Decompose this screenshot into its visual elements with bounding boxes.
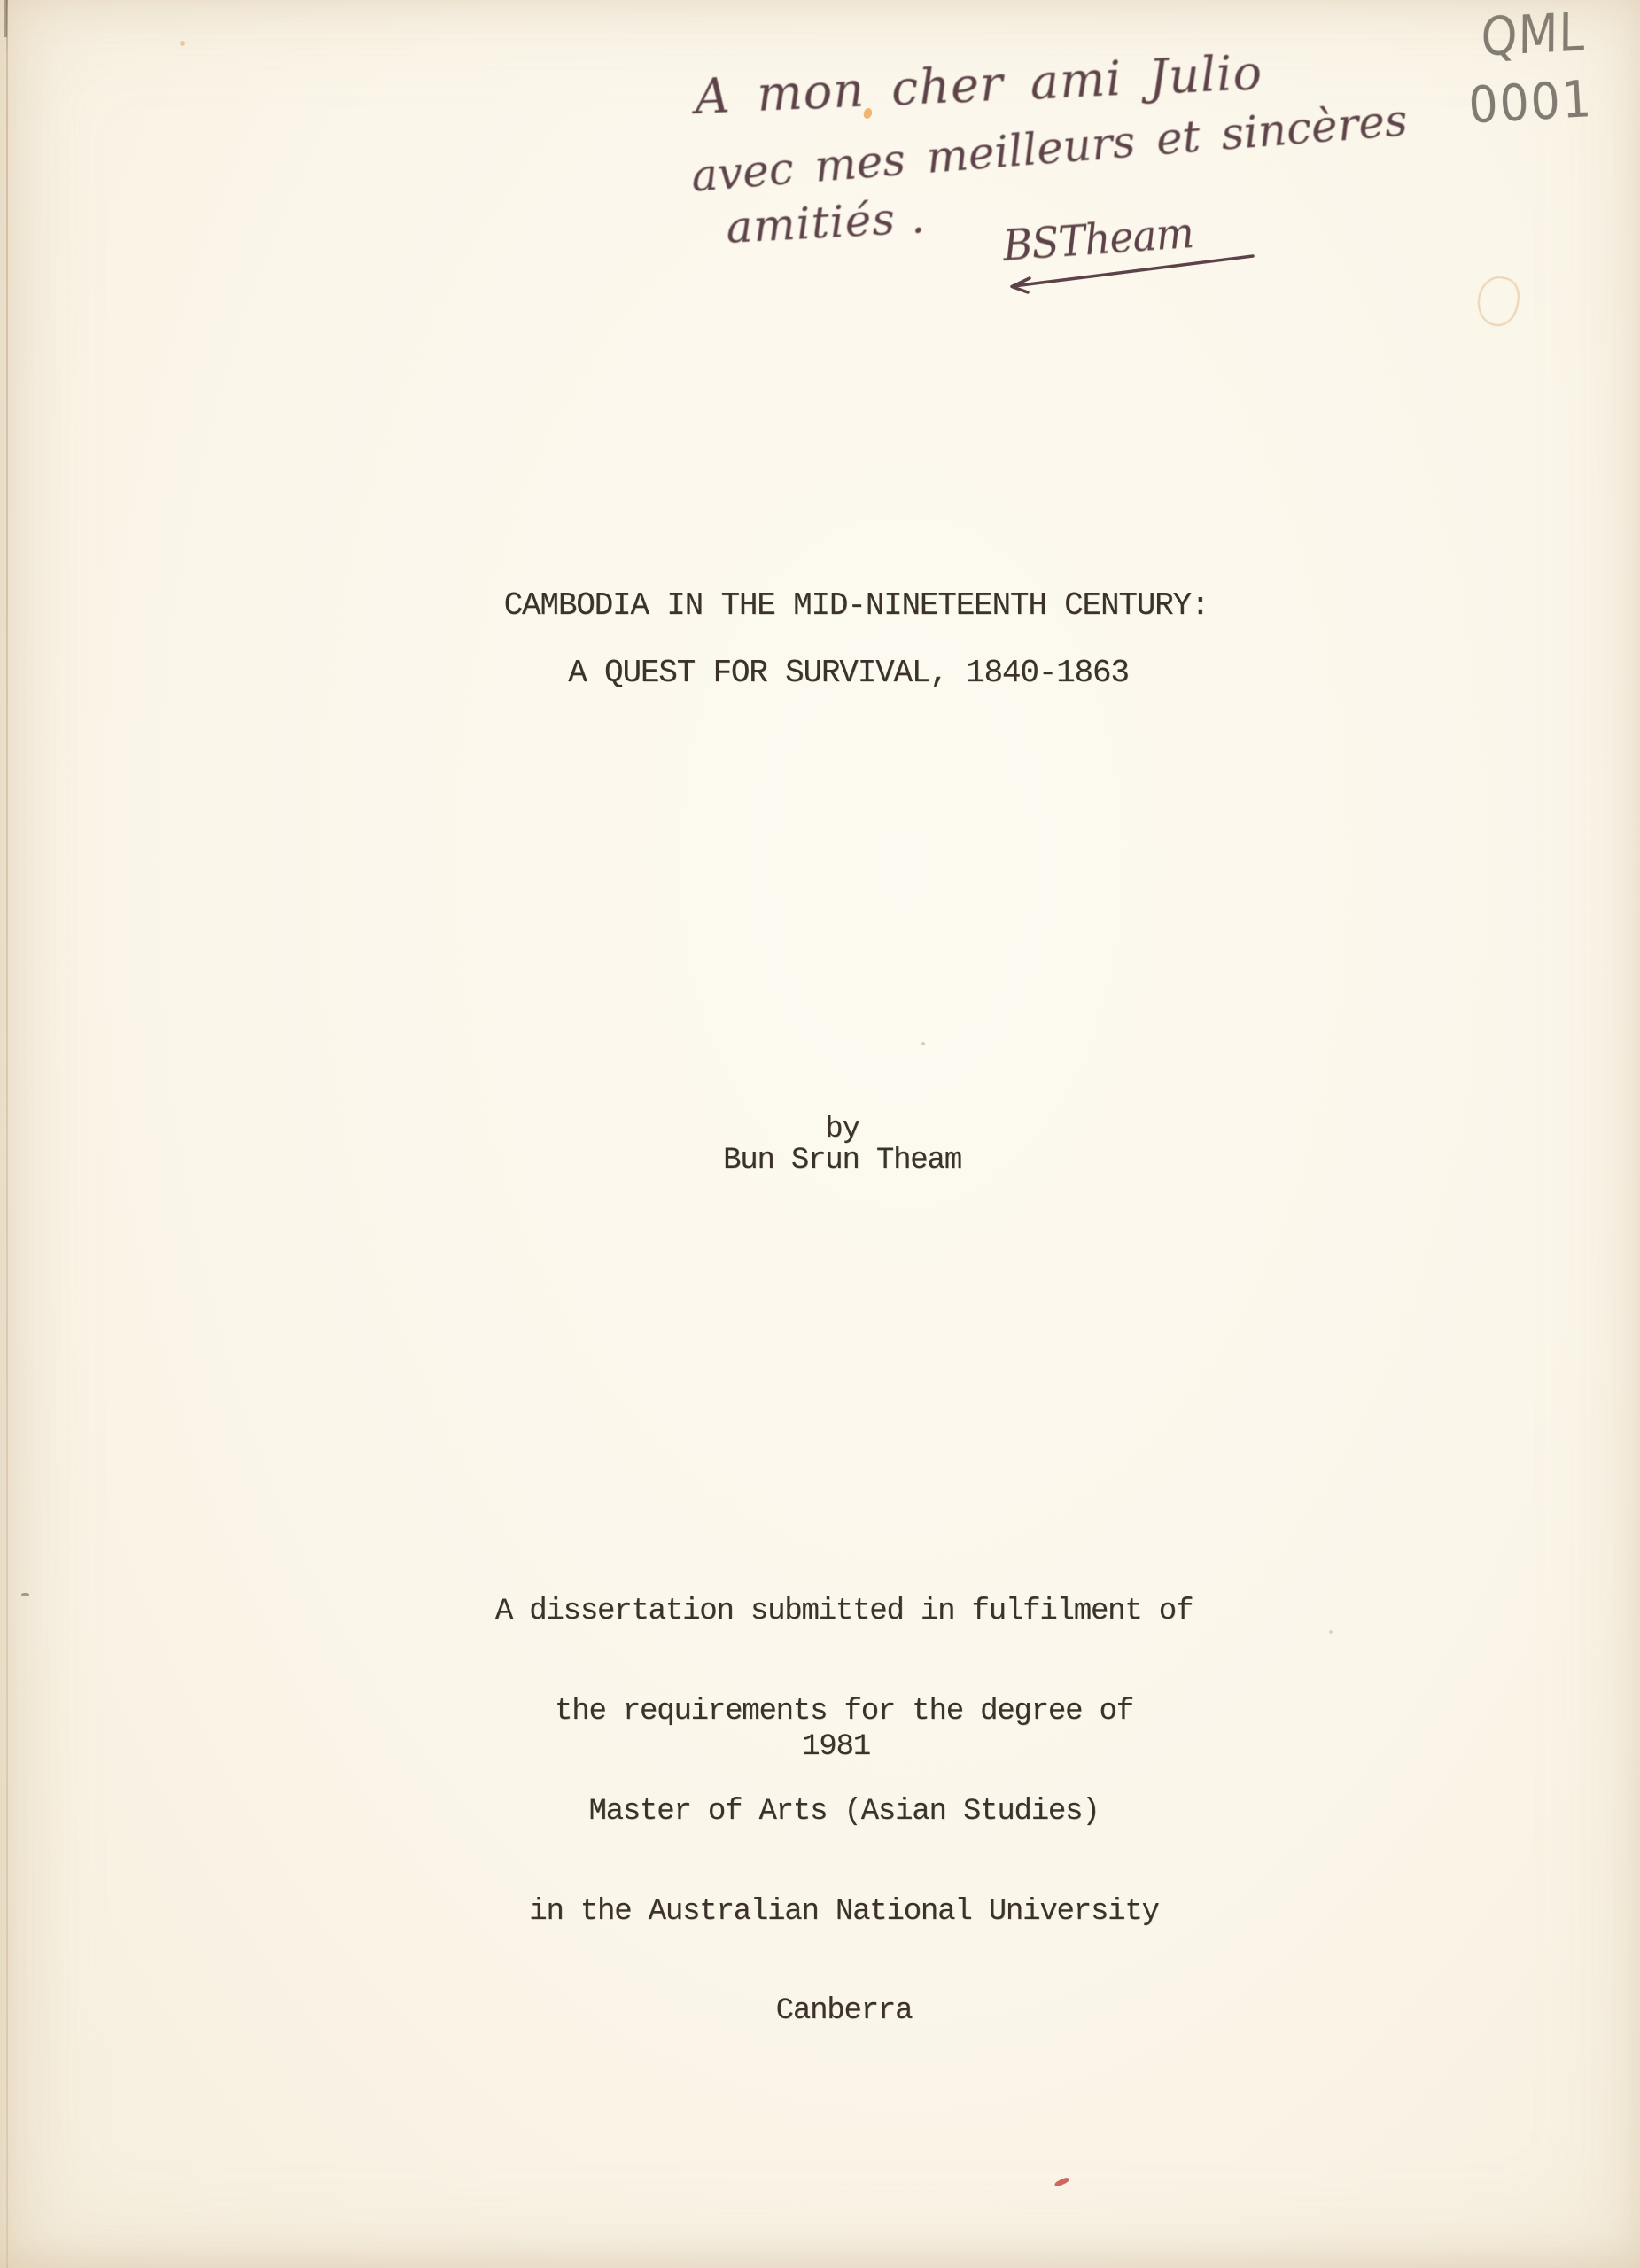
submission-statement: A dissertation submitted in fulfilment o… — [24, 1529, 1640, 2095]
statement-line: in the Australian National University — [24, 1896, 1640, 1930]
scan-left-edge — [6, 0, 8, 2268]
statement-line: Canberra — [24, 1995, 1640, 2029]
statement-line: Master of Arts (Asian Studies) — [24, 1796, 1640, 1829]
library-mark-line-1: QML — [1481, 0, 1585, 71]
title-line-2: A QUEST FOR SURVIVAL, 1840-1863 — [28, 655, 1640, 691]
paper-fleck — [180, 41, 185, 46]
scanned-title-page: A mon cher ami Julio avec mes meilleurs … — [0, 0, 1640, 2268]
library-mark-line-2: 0001 — [1467, 68, 1595, 137]
paper-fleck — [1054, 2177, 1070, 2188]
paper-fleck — [921, 1042, 925, 1045]
statement-line: the requirements for the degree of — [24, 1696, 1640, 1729]
title-line-1: CAMBODIA IN THE MID-NINETEENTH CENTURY: — [36, 587, 1640, 624]
author-name: Bun Srun Theam — [22, 1144, 1640, 1177]
faint-circle-mark — [1473, 273, 1524, 330]
dedication-line-3: amitiés . — [725, 191, 927, 253]
year: 1981 — [16, 1730, 1640, 1764]
library-mark: QML 0001 — [1464, 4, 1595, 145]
signature-underline-flourish — [991, 246, 1265, 299]
byline-label: by — [22, 1113, 1640, 1146]
statement-line: A dissertation submitted in fulfilment o… — [24, 1596, 1640, 1629]
